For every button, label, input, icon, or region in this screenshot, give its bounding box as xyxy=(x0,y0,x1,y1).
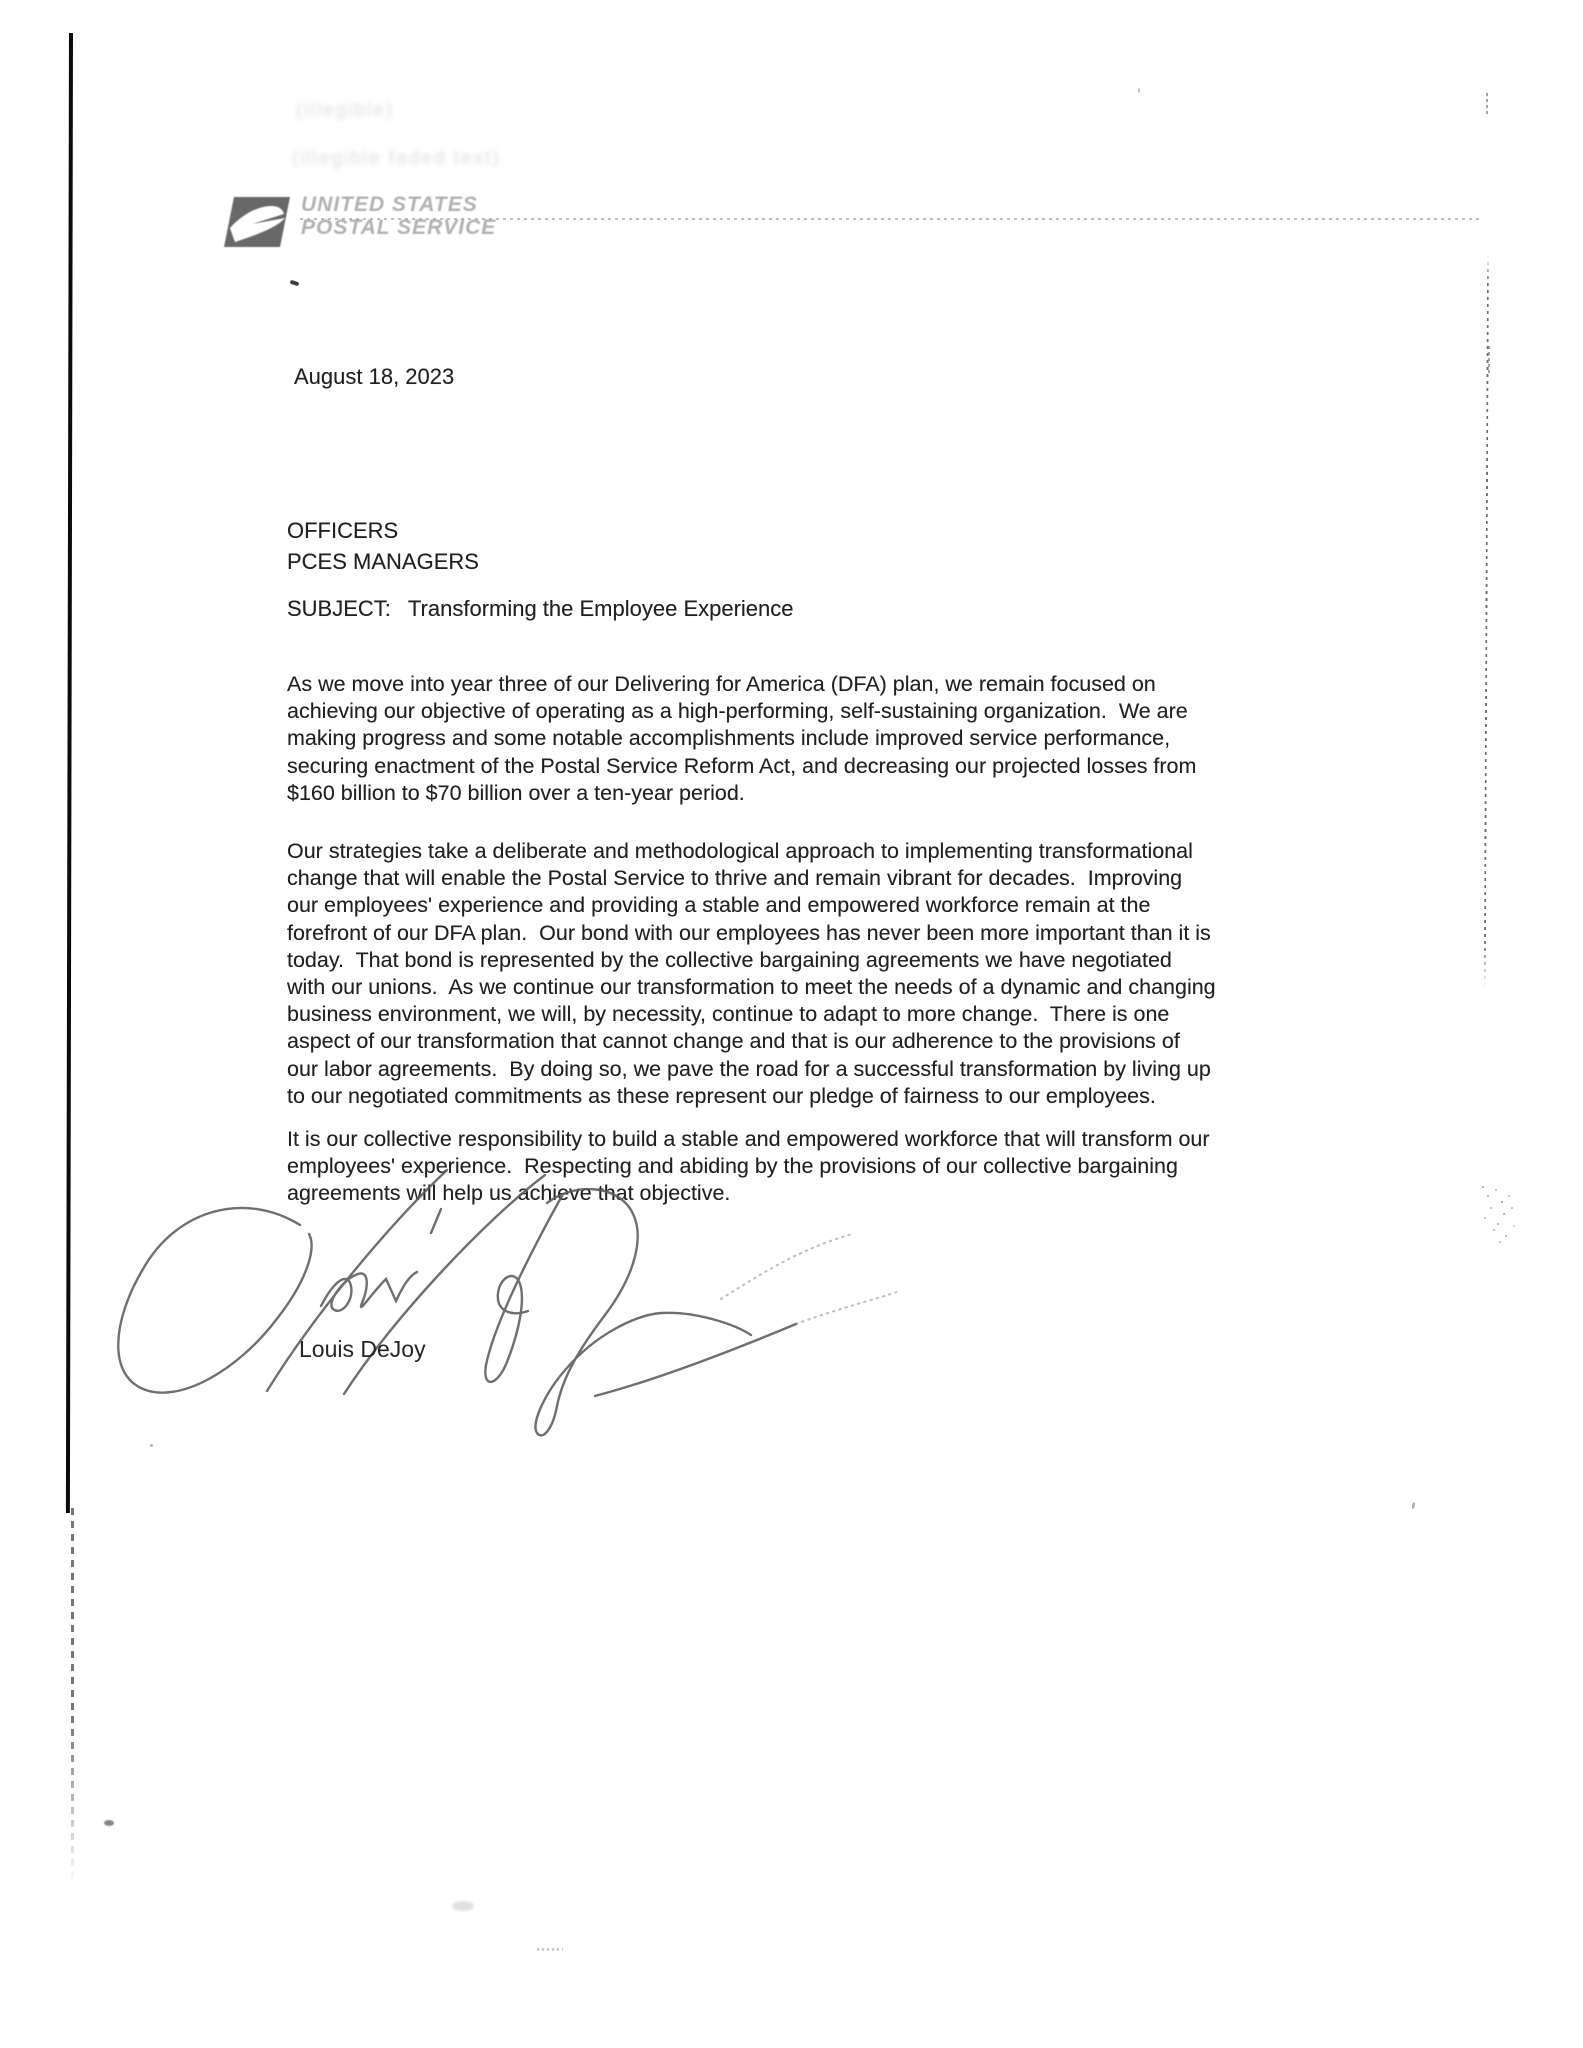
text-line: PCES MANAGERS xyxy=(287,546,479,577)
body-paragraph-2: Our strategies take a deliberate and met… xyxy=(287,838,1337,1110)
text-line: today. That bond is represented by the c… xyxy=(287,947,1337,974)
speck-artifact xyxy=(1411,1502,1415,1509)
speck-artifact xyxy=(104,1820,114,1826)
speck-artifact xyxy=(1138,88,1140,93)
text-line: As we move into year three of our Delive… xyxy=(287,671,1337,698)
letter-date: August 18, 2023 xyxy=(294,364,454,390)
subject-label: SUBJECT: xyxy=(287,596,391,621)
letterhead-rule xyxy=(300,218,1482,220)
text-line: It is our collective responsibility to b… xyxy=(287,1126,1337,1153)
text-line: Our strategies take a deliberate and met… xyxy=(287,838,1337,865)
fold-mark-artifact xyxy=(1486,93,1488,115)
text-line: forefront of our DFA plan. Our bond with… xyxy=(287,920,1337,947)
faded-header-text-line1: (illegible) xyxy=(296,100,394,122)
scanned-letter-page: (illegible) (illegible faded text) UNITE… xyxy=(0,0,1583,2048)
text-line: business environment, we will, by necess… xyxy=(287,1001,1337,1028)
body-paragraph-1: As we move into year three of our Delive… xyxy=(287,671,1337,807)
text-line: our employees' experience and providing … xyxy=(287,892,1337,919)
text-line: OFFICERS xyxy=(287,515,479,546)
speck-artifact xyxy=(537,1948,563,1951)
text-line: achieving our objective of operating as … xyxy=(287,698,1337,725)
speck-artifact xyxy=(150,1444,153,1447)
scan-edge-line-artifact xyxy=(66,33,73,1513)
recipient-list: OFFICERSPCES MANAGERS xyxy=(287,515,479,577)
subject-title: Transforming the Employee Experience xyxy=(408,596,794,621)
text-line: securing enactment of the Postal Service… xyxy=(287,753,1337,780)
usps-eagle-icon xyxy=(223,196,291,248)
brand-wordmark: UNITED STATES POSTAL SERVICE xyxy=(301,193,496,239)
signature-scrawl xyxy=(95,1165,995,1455)
faded-header-text-line2: (illegible faded text) xyxy=(292,148,501,170)
speck-artifact xyxy=(290,280,300,287)
subject-line: SUBJECT:Transforming the Employee Experi… xyxy=(287,596,794,622)
signatory-name: Louis DeJoy xyxy=(299,1336,426,1363)
text-line: making progress and some notable accompl… xyxy=(287,725,1337,752)
fold-mark-artifact xyxy=(1488,346,1490,376)
speckle-artifact xyxy=(1482,1186,1484,1188)
text-line: $160 billion to $70 billion over a ten-y… xyxy=(287,780,1337,807)
text-line: with our unions. As we continue our tran… xyxy=(287,974,1337,1001)
brand-united-states: UNITED STATES xyxy=(301,193,496,216)
text-line: change that will enable the Postal Servi… xyxy=(287,865,1337,892)
text-line: aspect of our transformation that cannot… xyxy=(287,1028,1337,1055)
text-line: our labor agreements. By doing so, we pa… xyxy=(287,1056,1337,1083)
scan-edge-line-artifact-dashed xyxy=(71,1508,74,1888)
text-line: to our negotiated commitments as these r… xyxy=(287,1083,1337,1110)
speck-artifact xyxy=(452,1901,474,1911)
